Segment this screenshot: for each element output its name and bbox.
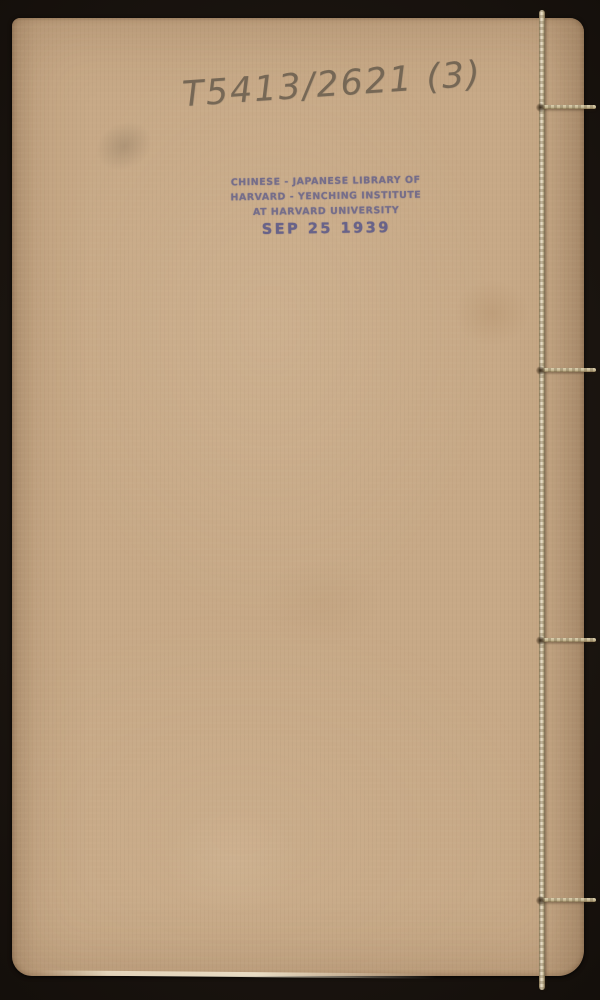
binding-stitch	[536, 101, 596, 113]
stamp-line: AT HARVARD UNIVERSITY	[228, 203, 424, 221]
stitch-hole	[536, 896, 545, 905]
stitch-hole	[536, 103, 545, 112]
stitch-hole	[536, 636, 545, 645]
stamp-date: SEP 25 1939	[228, 220, 424, 239]
book-cover	[12, 18, 584, 976]
binding-stitch	[536, 894, 596, 906]
stitch-thread	[542, 638, 596, 642]
stitch-hole	[536, 366, 545, 375]
binding-thread-vertical	[539, 10, 545, 990]
library-stamp: CHINESE - JAPANESE LIBRARY OF HARVARD - …	[228, 173, 425, 239]
stitch-thread	[542, 105, 596, 109]
scan-background: T5413/2621 (3) CHINESE - JAPANESE LIBRAR…	[0, 0, 600, 1000]
stitch-thread	[542, 368, 596, 372]
binding-stitch	[536, 634, 596, 646]
binding-stitch	[536, 364, 596, 376]
stitch-thread	[542, 898, 596, 902]
paper-texture	[12, 18, 584, 976]
